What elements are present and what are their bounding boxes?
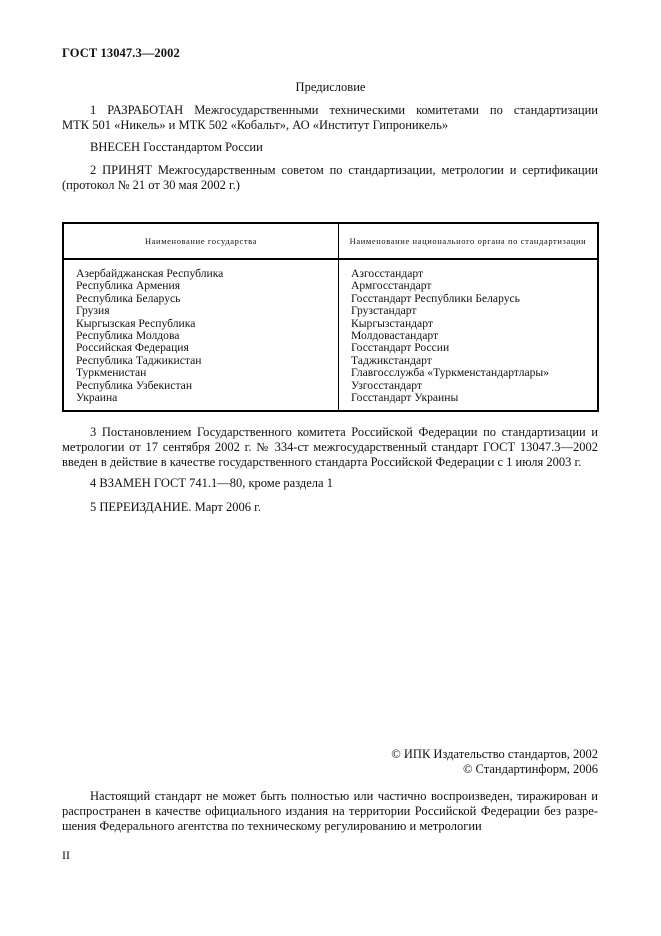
section-2: 2 ПРИНЯТ Межгосударственным советом по с…: [62, 163, 598, 193]
section-4: 4 ВЗАМЕН ГОСТ 741.1—80, кроме раздела 1: [62, 476, 598, 491]
document-page: ГОСТ 13047.3—2002 Предисловие 1 РАЗРАБОТ…: [0, 0, 661, 936]
table-cell-national-body: Госстандарт России: [351, 342, 597, 354]
section-1-line-2: МТК 501 «Никель» и МТК 502 «Кобальт», АО…: [62, 118, 598, 133]
bodies-column: АзгосстандартАрмгосстандартГосстандарт Р…: [339, 259, 599, 411]
copyright-line-1: © ИПК Издательство стандартов, 2002: [62, 747, 598, 762]
section-1-line-1: 1 РАЗРАБОТАН Межгосударственными техниче…: [90, 103, 598, 117]
table-cell-national-body: Армгосстандарт: [351, 280, 597, 292]
section-3: 3 Постановлением Государственного комите…: [62, 425, 598, 470]
table-cell-national-body: Госстандарт Украины: [351, 392, 597, 404]
voting-table: Наименование государства Наименование на…: [62, 222, 599, 412]
page-number: II: [62, 848, 70, 863]
header-state: Наименование государства: [63, 223, 339, 259]
notice-line-2: распространен в качестве официального из…: [62, 804, 598, 819]
section-5: 5 ПЕРЕИЗДАНИЕ. Март 2006 г.: [62, 500, 598, 515]
voted-intro: [62, 200, 598, 215]
table-cell-state: Российская Федерация: [76, 342, 338, 354]
page-title: Предисловие: [0, 80, 661, 95]
table-cell-state: Туркменистан: [76, 367, 338, 379]
table-cell-state: Республика Беларусь: [76, 293, 338, 305]
copyright-line-2: © Стандартинформ, 2006: [62, 762, 598, 777]
table-cell-national-body: Грузстандарт: [351, 305, 597, 317]
table-cell-state: Республика Армения: [76, 280, 338, 292]
copyright-block: © ИПК Издательство стандартов, 2002 © Ст…: [62, 747, 598, 777]
table-cell-state: Украина: [76, 392, 338, 404]
section-3-line-2: метрологии от 17 сентября 2002 г. № 334-…: [62, 440, 598, 455]
section-3-line-3: введен в действие в качестве государстве…: [62, 455, 598, 470]
notice-line-3: шения Федерального агентства по техничес…: [62, 819, 598, 834]
header-national-body: Наименование национального органа по ста…: [339, 223, 599, 259]
document-id: ГОСТ 13047.3—2002: [62, 46, 180, 61]
section-2-line-2: (протокол № 21 от 30 мая 2002 г.): [62, 178, 598, 193]
states-column: Азербайджанская РеспубликаРеспублика Арм…: [63, 259, 339, 411]
table-header-row: Наименование государства Наименование на…: [63, 223, 598, 259]
notice-line-1: Настоящий стандарт не может быть полност…: [90, 789, 598, 803]
section-2-line-1: 2 ПРИНЯТ Межгосударственным советом по с…: [90, 163, 598, 177]
section-3-line-1: 3 Постановлением Государственного комите…: [90, 425, 598, 439]
section-1: 1 РАЗРАБОТАН Межгосударственными техниче…: [62, 103, 598, 133]
table-cell-national-body: Главгосслужба «Туркменстандартлары»: [351, 367, 597, 379]
reproduction-notice: Настоящий стандарт не может быть полност…: [62, 789, 598, 834]
introduced-by: ВНЕСЕН Госстандартом России: [62, 140, 598, 155]
table-cell-state: Грузия: [76, 305, 338, 317]
